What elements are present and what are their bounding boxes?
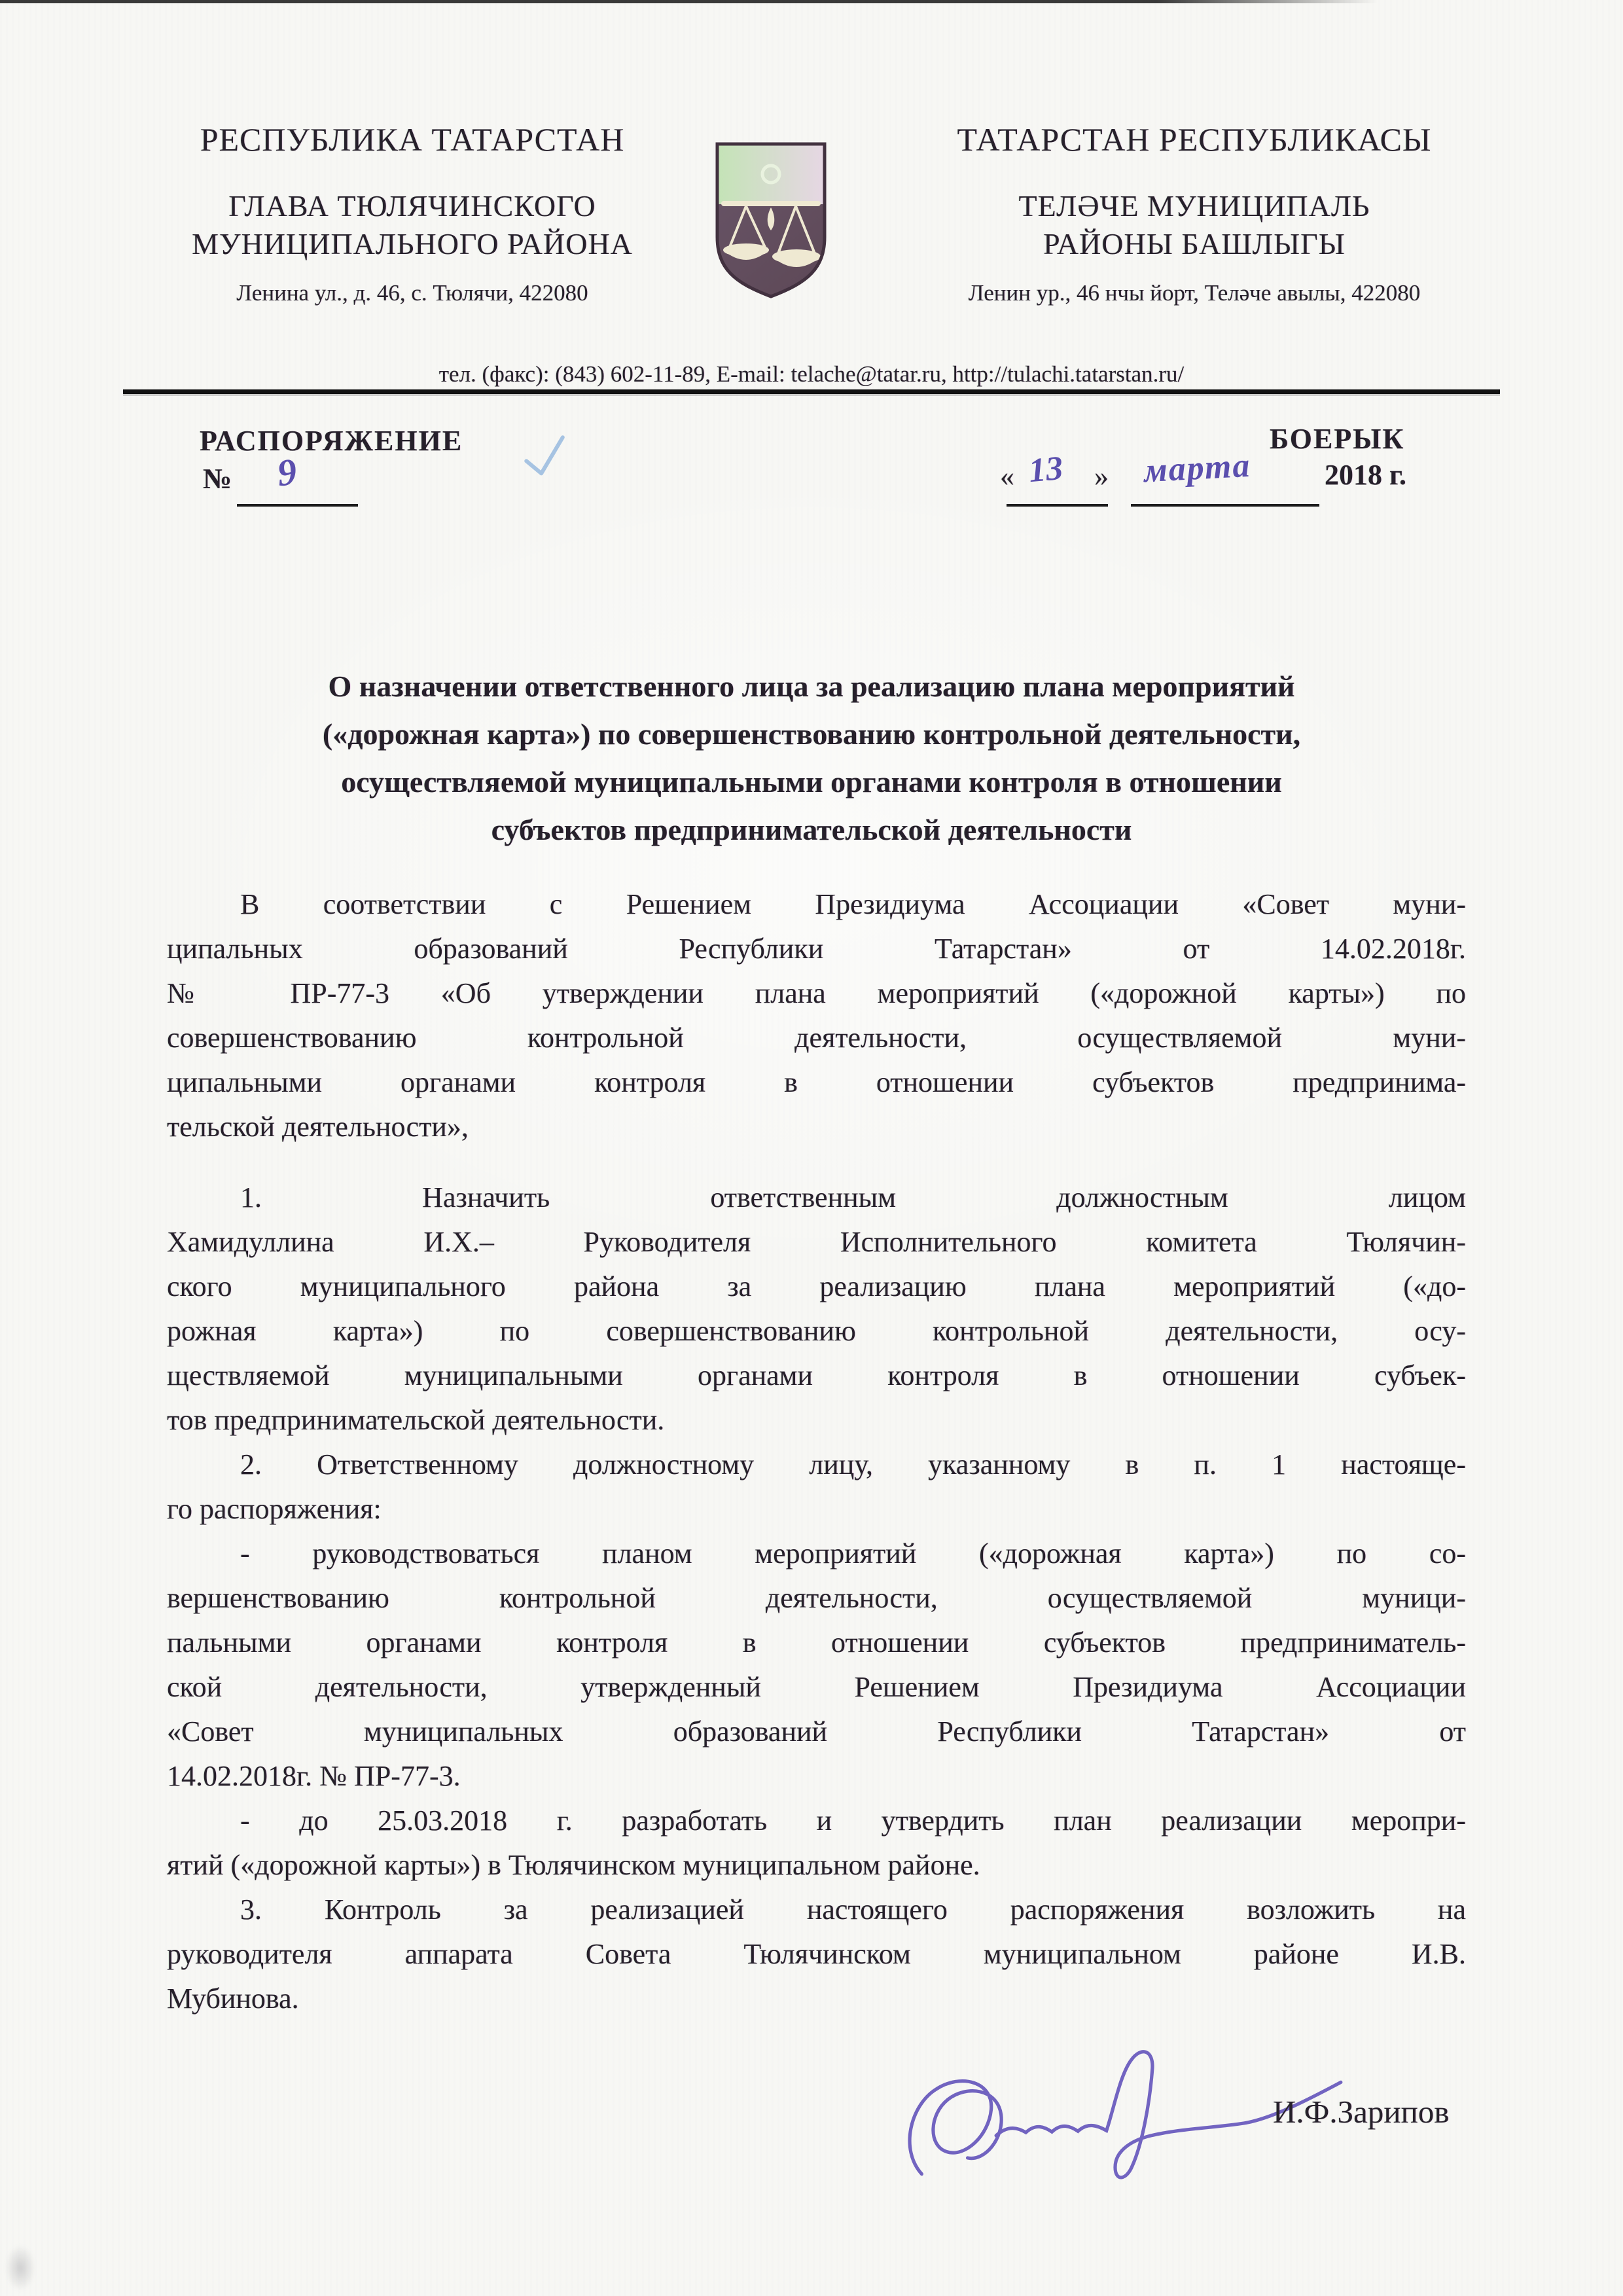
signatory-name: И.Ф.Зарипов bbox=[1273, 2093, 1449, 2130]
body-line: ского муниципального района за реализаци… bbox=[167, 1265, 1466, 1309]
letterhead-ru-republic: РЕСПУБЛИКА ТАТАРСТАН bbox=[147, 123, 677, 156]
date-day-underline bbox=[1007, 504, 1108, 507]
number-label: № bbox=[203, 462, 232, 495]
body-line: № ПР-77-3 «Об утверждении плана мероприя… bbox=[167, 971, 1466, 1016]
letterhead-ru-org-line2: МУНИЦИПАЛЬНОГО РАЙОНА bbox=[147, 229, 677, 259]
body-line: 2. Ответственному должностному лицу, ука… bbox=[167, 1443, 1466, 1487]
paragraph: 3. Контроль за реализацией настоящего ра… bbox=[167, 1888, 1466, 2021]
doc-type-ru: РАСПОРЯЖЕНИЕ bbox=[200, 424, 463, 457]
handwritten-month: марта bbox=[1143, 446, 1252, 490]
title-line: О назначении ответственного лица за реал… bbox=[157, 662, 1466, 710]
body-line: ципальных образований Республики Татарст… bbox=[167, 927, 1466, 971]
body-line: 14.02.2018г. № ПР-77-3. bbox=[167, 1754, 1466, 1799]
body-line: - руководствоваться планом мероприятий (… bbox=[167, 1532, 1466, 1576]
date-year: 2018 г. bbox=[1325, 458, 1406, 492]
letterhead-ru-address: Ленина ул., д. 46, с. Тюлячи, 422080 bbox=[147, 281, 677, 304]
body-line: пальными органами контроля в отношении с… bbox=[167, 1621, 1466, 1665]
scan-smudge-artifact bbox=[5, 2245, 35, 2291]
body-line: ской деятельности, утвержденный Решением… bbox=[167, 1665, 1466, 1710]
document-title: О назначении ответственного лица за реал… bbox=[157, 662, 1466, 853]
body-line: рожная карта») по совершенствованию конт… bbox=[167, 1309, 1466, 1354]
body-line: вершенствованию контрольной деятельности… bbox=[167, 1576, 1466, 1621]
letterhead-tat-republic: ТАТАРСТАН РЕСПУБЛИКАСЫ bbox=[906, 123, 1482, 156]
title-line: («дорожная карта») по совершенствованию … bbox=[157, 710, 1466, 758]
body-line: Хамидуллина И.Х.– Руководителя Исполните… bbox=[167, 1220, 1466, 1265]
body-line: В соответствии с Решением Президиума Асс… bbox=[167, 882, 1466, 927]
document-body: В соответствии с Решением Президиума Асс… bbox=[167, 882, 1466, 2021]
letterhead-tat-org-line2: РАЙОНЫ БАШЛЫГЫ bbox=[906, 229, 1482, 259]
handwritten-day: 13 bbox=[1027, 449, 1065, 490]
letterhead-ru-org-line1: ГЛАВА ТЮЛЯЧИНСКОГО bbox=[147, 191, 677, 221]
body-line: тельской деятельности», bbox=[167, 1105, 1466, 1149]
pen-check-mark-icon bbox=[521, 434, 572, 482]
scanned-document-page: РЕСПУБЛИКА ТАТАРСТАН ГЛАВА ТЮЛЯЧИНСКОГО … bbox=[0, 0, 1623, 2296]
contact-line: тел. (факс): (843) 602-11-89, E-mail: te… bbox=[0, 361, 1623, 387]
body-line: Мубинова. bbox=[167, 1977, 1466, 2021]
date-close-quote: » bbox=[1094, 459, 1109, 493]
body-line: ципальными органами контроля в отношении… bbox=[167, 1060, 1466, 1105]
paragraph: 2. Ответственному должностному лицу, ука… bbox=[167, 1443, 1466, 1532]
title-line: осуществляемой муниципальными органами к… bbox=[157, 758, 1466, 806]
header-divider-rule bbox=[123, 389, 1500, 394]
date-month-underline bbox=[1131, 504, 1319, 507]
body-line: тов предпринимательской деятельности. bbox=[167, 1398, 1466, 1443]
body-line: совершенствованию контрольной деятельнос… bbox=[167, 1016, 1466, 1060]
body-line: ществляемой муниципальными органами конт… bbox=[167, 1354, 1466, 1398]
body-line: ятий («дорожной карты») в Тюлячинском му… bbox=[167, 1843, 1466, 1888]
doc-type-tat: БОЕРЫК bbox=[1270, 422, 1404, 456]
paragraph: - руководствоваться планом мероприятий (… bbox=[167, 1532, 1466, 1799]
body-line: руководителя аппарата Совета Тюлячинском… bbox=[167, 1932, 1466, 1977]
paragraph: 1. Назначить ответственным должностным л… bbox=[167, 1175, 1466, 1443]
body-line: го распоряжения: bbox=[167, 1487, 1466, 1532]
paragraph: - до 25.03.2018 г. разработать и утверди… bbox=[167, 1799, 1466, 1888]
number-underline bbox=[237, 504, 358, 507]
body-line: 3. Контроль за реализацией настоящего ра… bbox=[167, 1888, 1466, 1932]
title-line: субъектов предпринимательской деятельнос… bbox=[157, 806, 1466, 853]
paragraph: В соответствии с Решением Президиума Асс… bbox=[167, 882, 1466, 1149]
letterhead-tat-address: Ленин ур., 46 нчы йорт, Теләче авылы, 42… bbox=[906, 281, 1482, 304]
body-line: - до 25.03.2018 г. разработать и утверди… bbox=[167, 1799, 1466, 1843]
scan-edge-artifact bbox=[0, 0, 1378, 3]
date-open-quote: « bbox=[1000, 459, 1014, 493]
coat-of-arms-icon bbox=[712, 140, 830, 300]
body-line: «Совет муниципальных образований Республ… bbox=[167, 1710, 1466, 1754]
letterhead-tat-org-line1: ТЕЛӘЧЕ МУНИЦИПАЛЬ bbox=[906, 191, 1482, 221]
body-line: 1. Назначить ответственным должностным л… bbox=[167, 1175, 1466, 1220]
